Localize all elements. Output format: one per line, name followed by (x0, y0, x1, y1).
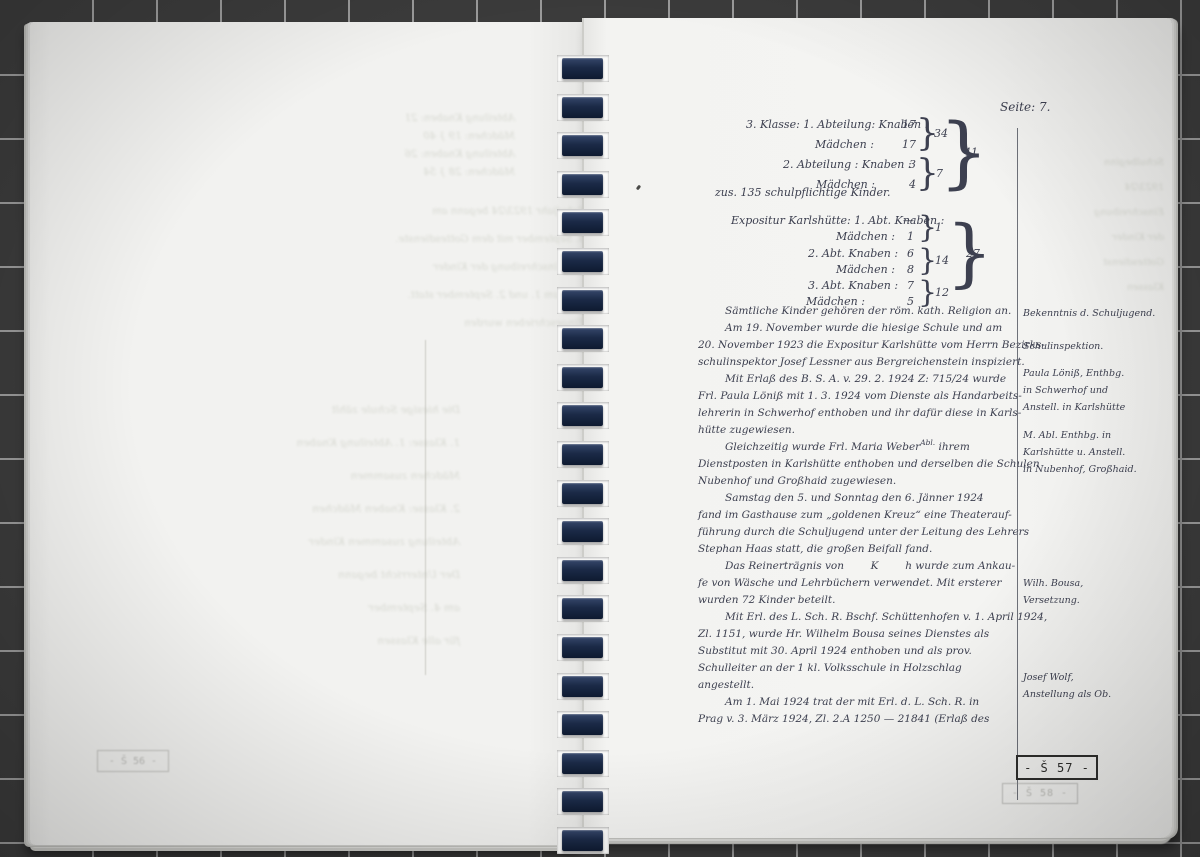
bleedthrough-line: Die hiesige Schule zählt (60, 394, 460, 427)
body-line: Mit Erlaß des B. S. A. v. 29. 2. 1924 Z:… (698, 371, 1038, 388)
margin-note: Paula Löniß, Enthbg.in Schwerhof undAnst… (1023, 365, 1171, 416)
stats-row-label: Mädchen : (836, 230, 895, 243)
bleedthrough-line: Schuljahr 1923/24 begann am (285, 198, 585, 226)
margin-note-line: Anstell. in Karlshütte (1023, 399, 1171, 416)
margin-note-line: Versetzung. (1023, 592, 1171, 609)
stats-row-label: 2. Abt. Knaben : (808, 247, 898, 260)
binding-tooth (562, 830, 603, 851)
body-text: Sämtliche Kinder gehören der röm. kath. … (698, 303, 1038, 728)
binding-tooth (562, 367, 603, 388)
body-line-text: Zl. 1151, wurde Hr. Wilhelm Bousa seines… (698, 628, 989, 640)
bleedthrough-line: Eingeschrieben wurden (285, 310, 585, 338)
archive-stamp: - Š 57 - (1016, 755, 1098, 780)
stats-row-value: 3 (894, 158, 916, 171)
binding-tooth (562, 97, 603, 118)
binding-tooth (562, 135, 603, 156)
margin-note-line: M. Abl. Enthbg. in (1023, 427, 1171, 444)
body-line: 20. November 1923 die Expositur Karlshüt… (698, 337, 1038, 354)
body-line: Stephan Haas statt, die großen Beifall f… (698, 541, 1038, 558)
body-line-text: Am 19. November wurde die hiesige Schule… (725, 322, 1002, 334)
photo-background: Abteilung Knaben: 21Mädchen: 19 } 40Abte… (0, 0, 1200, 857)
margin-note: Schulinspektion. (1023, 338, 1171, 355)
body-line: hütte zugewiesen. (698, 422, 1038, 439)
body-line-text: angestellt. (698, 679, 754, 691)
bleedthrough-line: für alle Klassen (60, 625, 460, 658)
stats-row-label: 2. Abteilung : Knaben : (783, 158, 912, 171)
inserted-superscript: Abl. (920, 438, 935, 447)
bleedthrough-line: Mädchen zusammen (60, 460, 460, 493)
margin-note: M. Abl. Enthbg. inKarlshütte u. Anstell.… (1023, 427, 1171, 478)
stats-row-value: — (892, 214, 914, 227)
bleedthrough-line: Mädchen: 28 } 54 (235, 164, 515, 182)
binding-tooth (562, 483, 603, 504)
body-line: Am 1. Mai 1924 trat der mit Erl. d. L. S… (698, 694, 1038, 711)
body-line-text: Frl. Paula Löniß mit 1. 3. 1924 vom Dien… (698, 390, 1022, 402)
total-value: 41 (964, 146, 978, 159)
body-line: Frl. Paula Löniß mit 1. 3. 1924 vom Dien… (698, 388, 1038, 405)
bleedthrough-line: 3. September mit dem Gottesdienste. (285, 226, 585, 254)
bleedthrough-text: Die hiesige Schule zählt1. Klasse: 1. Ab… (60, 394, 460, 658)
margin-note-line: Bekenntnis d. Schuljugend. (1023, 305, 1171, 322)
bleedthrough-line: Mädchen: 19 } 40 (235, 128, 515, 146)
margin-note-line: in Nubenhof, Großhaid. (1023, 461, 1171, 478)
binding-tooth (562, 290, 603, 311)
stats-row-value: 4 (894, 178, 916, 191)
binding-tooth (562, 212, 603, 233)
margin-note-line: Wilh. Bousa, (1023, 575, 1171, 592)
body-line-text: Sämtliche Kinder gehören der röm. kath. … (725, 305, 1011, 317)
binding-tooth (562, 58, 603, 79)
body-line-text: Das Reinerträgnis von K h wurde zum Anka… (725, 560, 1015, 572)
bleedthrough-line: Abteilung zusammen Kinder (60, 526, 460, 559)
stats-row-value: 17 (894, 118, 916, 131)
bleedthrough-line: am 4. September (60, 592, 460, 625)
margin-note-line: in Schwerhof und (1023, 382, 1171, 399)
body-line: wurden 72 Kinder beteilt. (698, 592, 1038, 609)
body-line-text: führung durch die Schuljugend unter der … (698, 526, 1029, 538)
margin-note: Josef Wolf,Anstellung als Ob. (1023, 669, 1171, 703)
binding-tooth (562, 753, 603, 774)
stats-row-value: 6 (892, 247, 914, 260)
bleedthrough-line: Einschreibung (1029, 200, 1164, 225)
body-line-text: Gleichzeitig wurde Frl. Maria Weber (725, 441, 920, 453)
body-line: Prag v. 3. März 1924, Zl. 2.A 1250 — 218… (698, 711, 1038, 728)
body-line: Dienstposten in Karlshütte enthoben und … (698, 456, 1038, 473)
bleedthrough-text: Abteilung Knaben: 21Mädchen: 19 } 40Abte… (235, 110, 515, 182)
binding-tooth (562, 598, 603, 619)
body-line-text: Nubenhof und Großhaid zugewiesen. (698, 475, 896, 487)
body-line-text: lehrerin in Schwerhof enthoben und ihr d… (698, 407, 1021, 419)
margin-note-line: Anstellung als Ob. (1023, 686, 1171, 703)
bleedthrough-margin-rule (425, 340, 426, 675)
faint-archive-stamp: - Š 56 - (97, 750, 169, 772)
body-line: Sämtliche Kinder gehören der röm. kath. … (698, 303, 1038, 320)
bleedthrough-line: fand am 1. und 2. September statt. (285, 282, 585, 310)
margin-note-line: Paula Löniß, Enthbg. (1023, 365, 1171, 382)
margin-note-line: Josef Wolf, (1023, 669, 1171, 686)
bleedthrough-line: Der Unterricht begann (60, 559, 460, 592)
body-line-text: Prag v. 3. März 1924, Zl. 2.A 1250 — 218… (698, 713, 989, 725)
binding-tooth (562, 521, 603, 542)
margin-note-line: Karlshütte u. Anstell. (1023, 444, 1171, 461)
body-line-text: Mit Erlaß des B. S. A. v. 29. 2. 1924 Z:… (725, 373, 1006, 385)
body-line-text: Stephan Haas statt, die großen Beifall f… (698, 543, 932, 555)
body-line: angestellt. (698, 677, 1038, 694)
margin-note: Bekenntnis d. Schuljugend. (1023, 305, 1171, 322)
binding-tooth (562, 714, 603, 735)
body-line-text: Am 1. Mai 1924 trat der mit Erl. d. L. S… (725, 696, 979, 708)
bleedthrough-line: Schulbeginn (1029, 150, 1164, 175)
binding-tooth (562, 174, 603, 195)
subtotal-value: 1 (935, 221, 942, 234)
body-line: Gleichzeitig wurde Frl. Maria WeberAbl. … (698, 439, 1038, 456)
body-line-text: Substitut mit 30. April 1924 enthoben un… (698, 645, 972, 657)
body-line: fe von Wäsche und Lehrbüchern verwendet.… (698, 575, 1038, 592)
binding-tooth (562, 251, 603, 272)
body-line: Schulleiter an der 1 kl. Volksschule in … (698, 660, 1038, 677)
stats-summary: zus. 135 schulpflichtige Kinder. (715, 186, 891, 199)
binding-tooth (562, 791, 603, 812)
body-line-text: ihrem (935, 441, 970, 453)
margin-note: Wilh. Bousa,Versetzung. (1023, 575, 1171, 609)
left-page: Abteilung Knaben: 21Mädchen: 19 } 40Abte… (30, 22, 583, 845)
body-line-text: Samstag den 5. und Sonntag den 6. Jänner… (725, 492, 984, 504)
stats-row-value: 1 (892, 230, 914, 243)
stats-row-label: Mädchen : (836, 263, 895, 276)
bleedthrough-line: Abteilung Knaben: 26 (235, 146, 515, 164)
bleedthrough-line: 2. Klasse: Knaben Mädchen (60, 493, 460, 526)
bleedthrough-text: Schulbeginn1923/24Einschreibungder Kinde… (1029, 150, 1164, 300)
stats-row-label: Mädchen : (815, 138, 874, 151)
bleedthrough-line: 1923/24 (1029, 175, 1164, 200)
binding-tooth (562, 444, 603, 465)
body-line: Mit Erl. des L. Sch. R. Bschf. Schüttenh… (698, 609, 1038, 626)
body-line: schulinspektor Josef Lessner aus Bergrei… (698, 354, 1038, 371)
body-line: Nubenhof und Großhaid zugewiesen. (698, 473, 1038, 490)
stats-row-value: 8 (892, 263, 914, 276)
binding-tooth (562, 637, 603, 658)
stats-row-value: 7 (892, 279, 914, 292)
archive-stamp-bleedthrough: - Š 58 - (1002, 783, 1078, 804)
binding-tooth (562, 676, 603, 697)
bleedthrough-line: Gottesdienst (1029, 250, 1164, 275)
stats-row-label: 3. Abt. Knaben : (808, 279, 898, 292)
body-line: Samstag den 5. und Sonntag den 6. Jänner… (698, 490, 1038, 507)
binding-tooth (562, 328, 603, 349)
bleedthrough-line: der Kinder (1029, 225, 1164, 250)
body-line-text: Mit Erl. des L. Sch. R. Bschf. Schüttenh… (725, 611, 1047, 623)
body-line-text: wurden 72 Kinder beteilt. (698, 594, 835, 606)
binding-tooth (562, 405, 603, 426)
page-number-header: Seite: 7. (1000, 100, 1050, 114)
binding-tooth (562, 560, 603, 581)
bleedthrough-line: Die Einschreibung der Kinder (285, 254, 585, 282)
body-line: fand im Gasthause zum „goldenen Kreuz“ e… (698, 507, 1038, 524)
body-line: führung durch die Schuljugend unter der … (698, 524, 1038, 541)
stats-row-value: 17 (894, 138, 916, 151)
body-line: Am 19. November wurde die hiesige Schule… (698, 320, 1038, 337)
bleedthrough-line: 1. Klasse: 1. Abteilung Knaben (60, 427, 460, 460)
body-line: Das Reinerträgnis von K h wurde zum Anka… (698, 558, 1038, 575)
body-line: lehrerin in Schwerhof enthoben und ihr d… (698, 405, 1038, 422)
bleedthrough-text: Schuljahr 1923/24 begann am3. September … (285, 198, 585, 338)
body-line-text: schulinspektor Josef Lessner aus Bergrei… (698, 356, 1025, 368)
body-line-text: fand im Gasthause zum „goldenen Kreuz“ e… (698, 509, 1012, 521)
body-line: Zl. 1151, wurde Hr. Wilhelm Bousa seines… (698, 626, 1038, 643)
body-line-text: fe von Wäsche und Lehrbüchern verwendet.… (698, 577, 1001, 589)
bleedthrough-line: Klassen (1029, 275, 1164, 300)
body-line-text: 20. November 1923 die Expositur Karlshüt… (698, 339, 1045, 351)
total-value: 27 (966, 247, 980, 260)
right-page: Seite: 7. 3. Klasse: 1. Abteilung: Knabe… (583, 18, 1172, 838)
margin-note-line: Schulinspektion. (1023, 338, 1171, 355)
body-line-text: hütte zugewiesen. (698, 424, 795, 436)
body-line: Substitut mit 30. April 1924 enthoben un… (698, 643, 1038, 660)
body-line-text: Schulleiter an der 1 kl. Volksschule in … (698, 662, 962, 674)
bleedthrough-line: Abteilung Knaben: 21 (235, 110, 515, 128)
margin-rule (1017, 128, 1018, 800)
body-line-text: Dienstposten in Karlshütte enthoben und … (698, 458, 1040, 470)
